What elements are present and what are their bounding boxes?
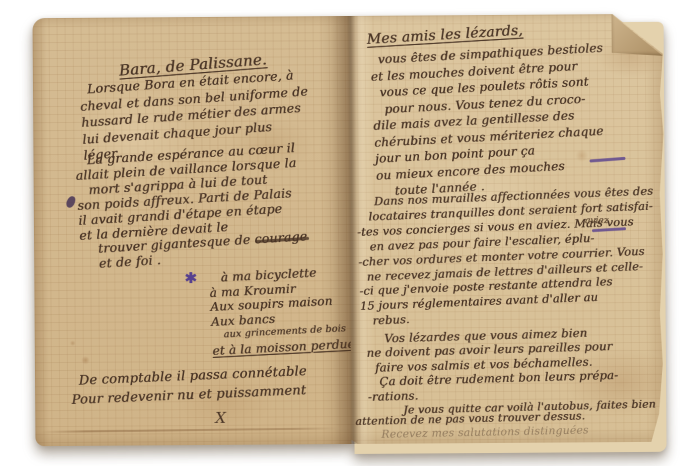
left-paragraph-2: La grande espérance au cœur il allait pl… [74,141,308,274]
right-paragraph-1: vous êtes de simpathiques bestioles et l… [369,40,610,201]
right-paragraph-2: Dans nos murailles affectionnées vous êt… [356,185,658,330]
photo-scene: Bara, de Palissane. Lorsque Bora en étai… [0,0,700,466]
x-mark: X [215,409,226,427]
notebook-left-page: Bara, de Palissane. Lorsque Bora en étai… [33,16,352,446]
notebook-right-page: Mes amis les lézards, vous êtes de simpa… [349,14,666,444]
fold-crease [41,427,338,433]
inserted-word: aviez [585,216,608,226]
left-footer-block: De comptable il passa connétable Pour re… [70,362,308,410]
right-paragraph-3: Vos lézardes que vous aimez bien ne doiv… [366,325,619,404]
open-notebook: Bara, de Palissane. Lorsque Bora en étai… [33,14,666,446]
asterisk-mark: ✱ [184,269,197,287]
binding-gutter [331,16,374,444]
ink-blot [65,195,76,209]
